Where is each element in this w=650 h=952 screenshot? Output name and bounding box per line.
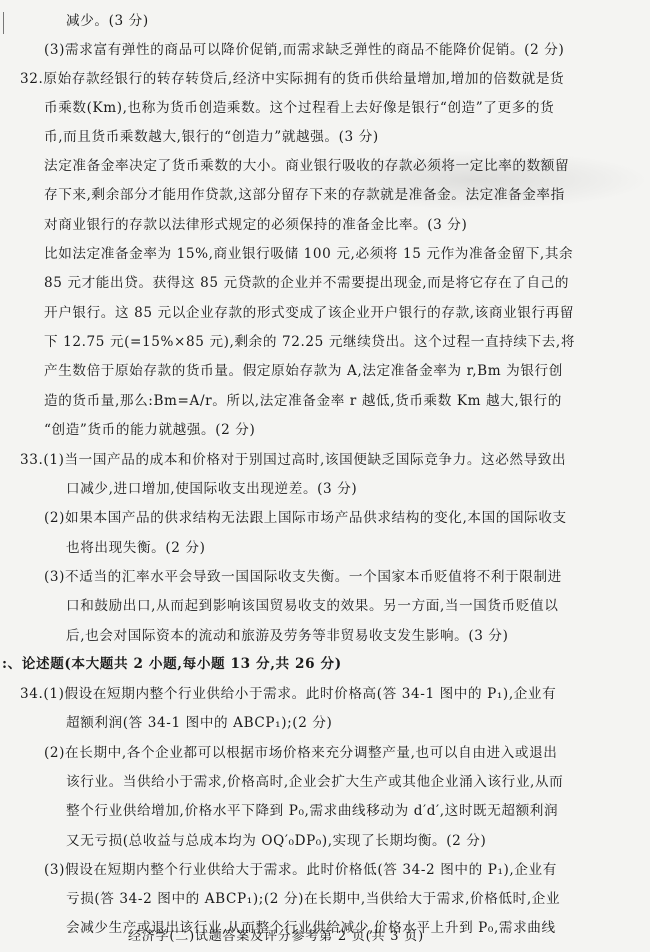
scan-edge-mark (3, 12, 4, 34)
text-line: “创造”货币的能力就越强。(2 分) (44, 421, 255, 439)
text-line: 造的货币量,那么:Bm=A/r。所以,法定准备金率 r 越低,货币乘数 Km 越… (44, 392, 562, 410)
text-line: 整个行业供给增加,价格水平下降到 P₀,需求曲线移动为 d′d′,这时既无超额利… (66, 802, 558, 820)
text-line: 币,而且货币乘数越大,银行的“创造力”就越强。(3 分) (44, 128, 379, 146)
text-line: (3)不适当的汇率水平会导致一国国际收支失衡。一个国家本币贬值将不利于限制进 (44, 568, 562, 586)
text-line: 又无亏损(总收益与总成本均为 OQ′₀DP₀),实现了长期均衡。(2 分) (66, 832, 486, 850)
text-line: 对商业银行的存款以法律形式规定的必须保持的准备金比率。(3 分) (44, 216, 467, 234)
text-line: 超额利润(答 34-1 图中的 ABCP₁);(2 分) (66, 714, 332, 732)
text-line: 也将出现失衡。(2 分) (66, 539, 206, 557)
text-line: (2)如果本国产品的供求结构无法跟上国际市场产品供求结构的变化,本国的国际收支 (44, 509, 567, 527)
text-line: (2)在长期中,各个企业都可以根据市场价格来充分调整产量,也可以自由进入或退出 (44, 744, 557, 762)
text-line: 口减少,进口增加,使国际收支出现逆差。(3 分) (66, 480, 357, 498)
text-line: 34.(1)假设在短期内整个行业供给小于需求。此时价格高(答 34-1 图中的 … (20, 685, 556, 703)
text-line: 法定准备金率决定了货币乘数的大小。商业银行吸收的存款必须将一定比率的数额留 (44, 157, 569, 175)
text-line: (3)需求富有弹性的商品可以降价促销,而需求缺乏弹性的商品不能降价促销。(2 分… (44, 41, 564, 59)
text-line: 85 元才能出贷。获得这 85 元贷款的企业并不需要提出现金,而是将它存在了自己… (44, 274, 569, 292)
text-line: 口和鼓励出口,从而起到影响该国贸易收支的效果。另一方面,当一国货币贬值以 (66, 597, 558, 615)
text-line: 33.(1)当一国产品的成本和价格对于别国过高时,该国便缺乏国际竞争力。这必然导… (20, 451, 566, 469)
text-line: 32.原始存款经银行的转存转贷后,经济中实际拥有的货币供给量增加,增加的倍数就是… (20, 70, 564, 88)
footer-text: 经济学(二)试题答案及评分参考第 2 页(共 3 页) (128, 925, 424, 944)
text-line: 开户银行。这 85 元以企业存款的形式变成了该企业开户银行的存款,该商业银行再留 (44, 304, 574, 322)
text-line: 后,也会对国际资本的流动和旅游及劳务等非贸易收支发生影响。(3 分) (66, 627, 509, 645)
text-line: 产生数倍于原始存款的货币量。假定原始存款为 A,法定准备金率为 r,Bm 为银行… (44, 362, 563, 380)
document-page: 减少。(3 分)(3)需求富有弹性的商品可以降价促销,而需求缺乏弹性的商品不能降… (0, 0, 650, 952)
text-line: 亏损(答 34-2 图中的 ABCP₁);(2 分)在长期中,当供给大于需求,价… (66, 890, 560, 908)
text-line: 减少。(3 分) (66, 12, 149, 30)
text-line: (3)假设在短期内整个行业供给大于需求。此时价格低(答 34-2 图中的 P₁)… (44, 861, 557, 879)
text-line: :、论述题(本大题共 2 小题,每小题 13 分,共 26 分) (2, 655, 342, 673)
text-line: 比如法定准备金率为 15%,商业银行吸储 100 元,必须将 15 元作为准备金… (44, 245, 573, 263)
text-line: 下 12.75 元(=15%×85 元),剩余的 72.25 元继续贷出。这个过… (44, 333, 575, 351)
text-line: 该行业。当供给小于需求,价格高时,企业会扩大生产或其他企业涌入该行业,从而 (66, 773, 563, 791)
text-line: 币乘数(Km),也称为货币创造乘数。这个过程看上去好像是银行“创造”了更多的货 (44, 99, 554, 117)
text-line: 存下来,剩余部分才能用作贷款,这部分留存下来的存款就是准备金。法定准备金率指 (44, 186, 565, 204)
